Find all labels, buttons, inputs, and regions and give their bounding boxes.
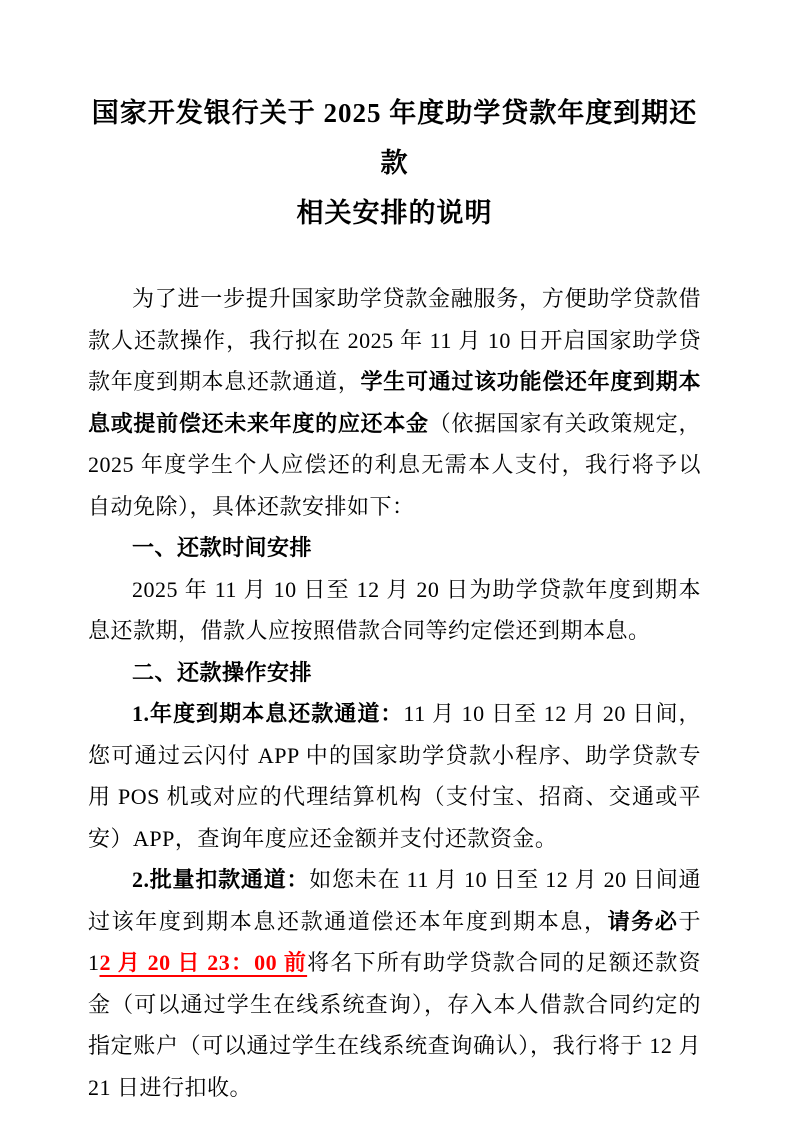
title-line-2: 相关安排的说明	[88, 188, 701, 238]
section-2-heading: 二、还款操作安排	[88, 652, 701, 694]
section-1-heading: 一、还款时间安排	[88, 527, 701, 569]
intro-paragraph: 为了进一步提升国家助学贷款金融服务，方便助学贷款借款人还款操作，我行拟在 202…	[88, 278, 701, 527]
section-1-paragraph: 2025 年 11 月 10 日至 12 月 20 日为助学贷款年度到期本息还款…	[88, 569, 701, 652]
item-2-must-text: 请务必	[608, 909, 679, 934]
item-1-label: 1.年度到期本息还款通道：	[132, 701, 403, 726]
item-2-label: 2.批量扣款通道：	[132, 867, 309, 892]
title-line-1: 国家开发银行关于 2025 年度助学贷款年度到期还款	[88, 88, 701, 188]
document-title: 国家开发银行关于 2025 年度助学贷款年度到期还款 相关安排的说明	[88, 88, 701, 238]
item-2-deadline-text: 2 月 20 日 23：00 前	[100, 950, 308, 975]
section-2-item-1: 1.年度到期本息还款通道：11 月 10 日至 12 月 20 日间，您可通过云…	[88, 693, 701, 859]
document-page: 国家开发银行关于 2025 年度助学贷款年度到期还款 相关安排的说明 为了进一步…	[0, 0, 793, 1122]
section-2-item-2: 2.批量扣款通道：如您未在 11 月 10 日至 12 月 20 日间通过该年度…	[88, 859, 701, 1108]
